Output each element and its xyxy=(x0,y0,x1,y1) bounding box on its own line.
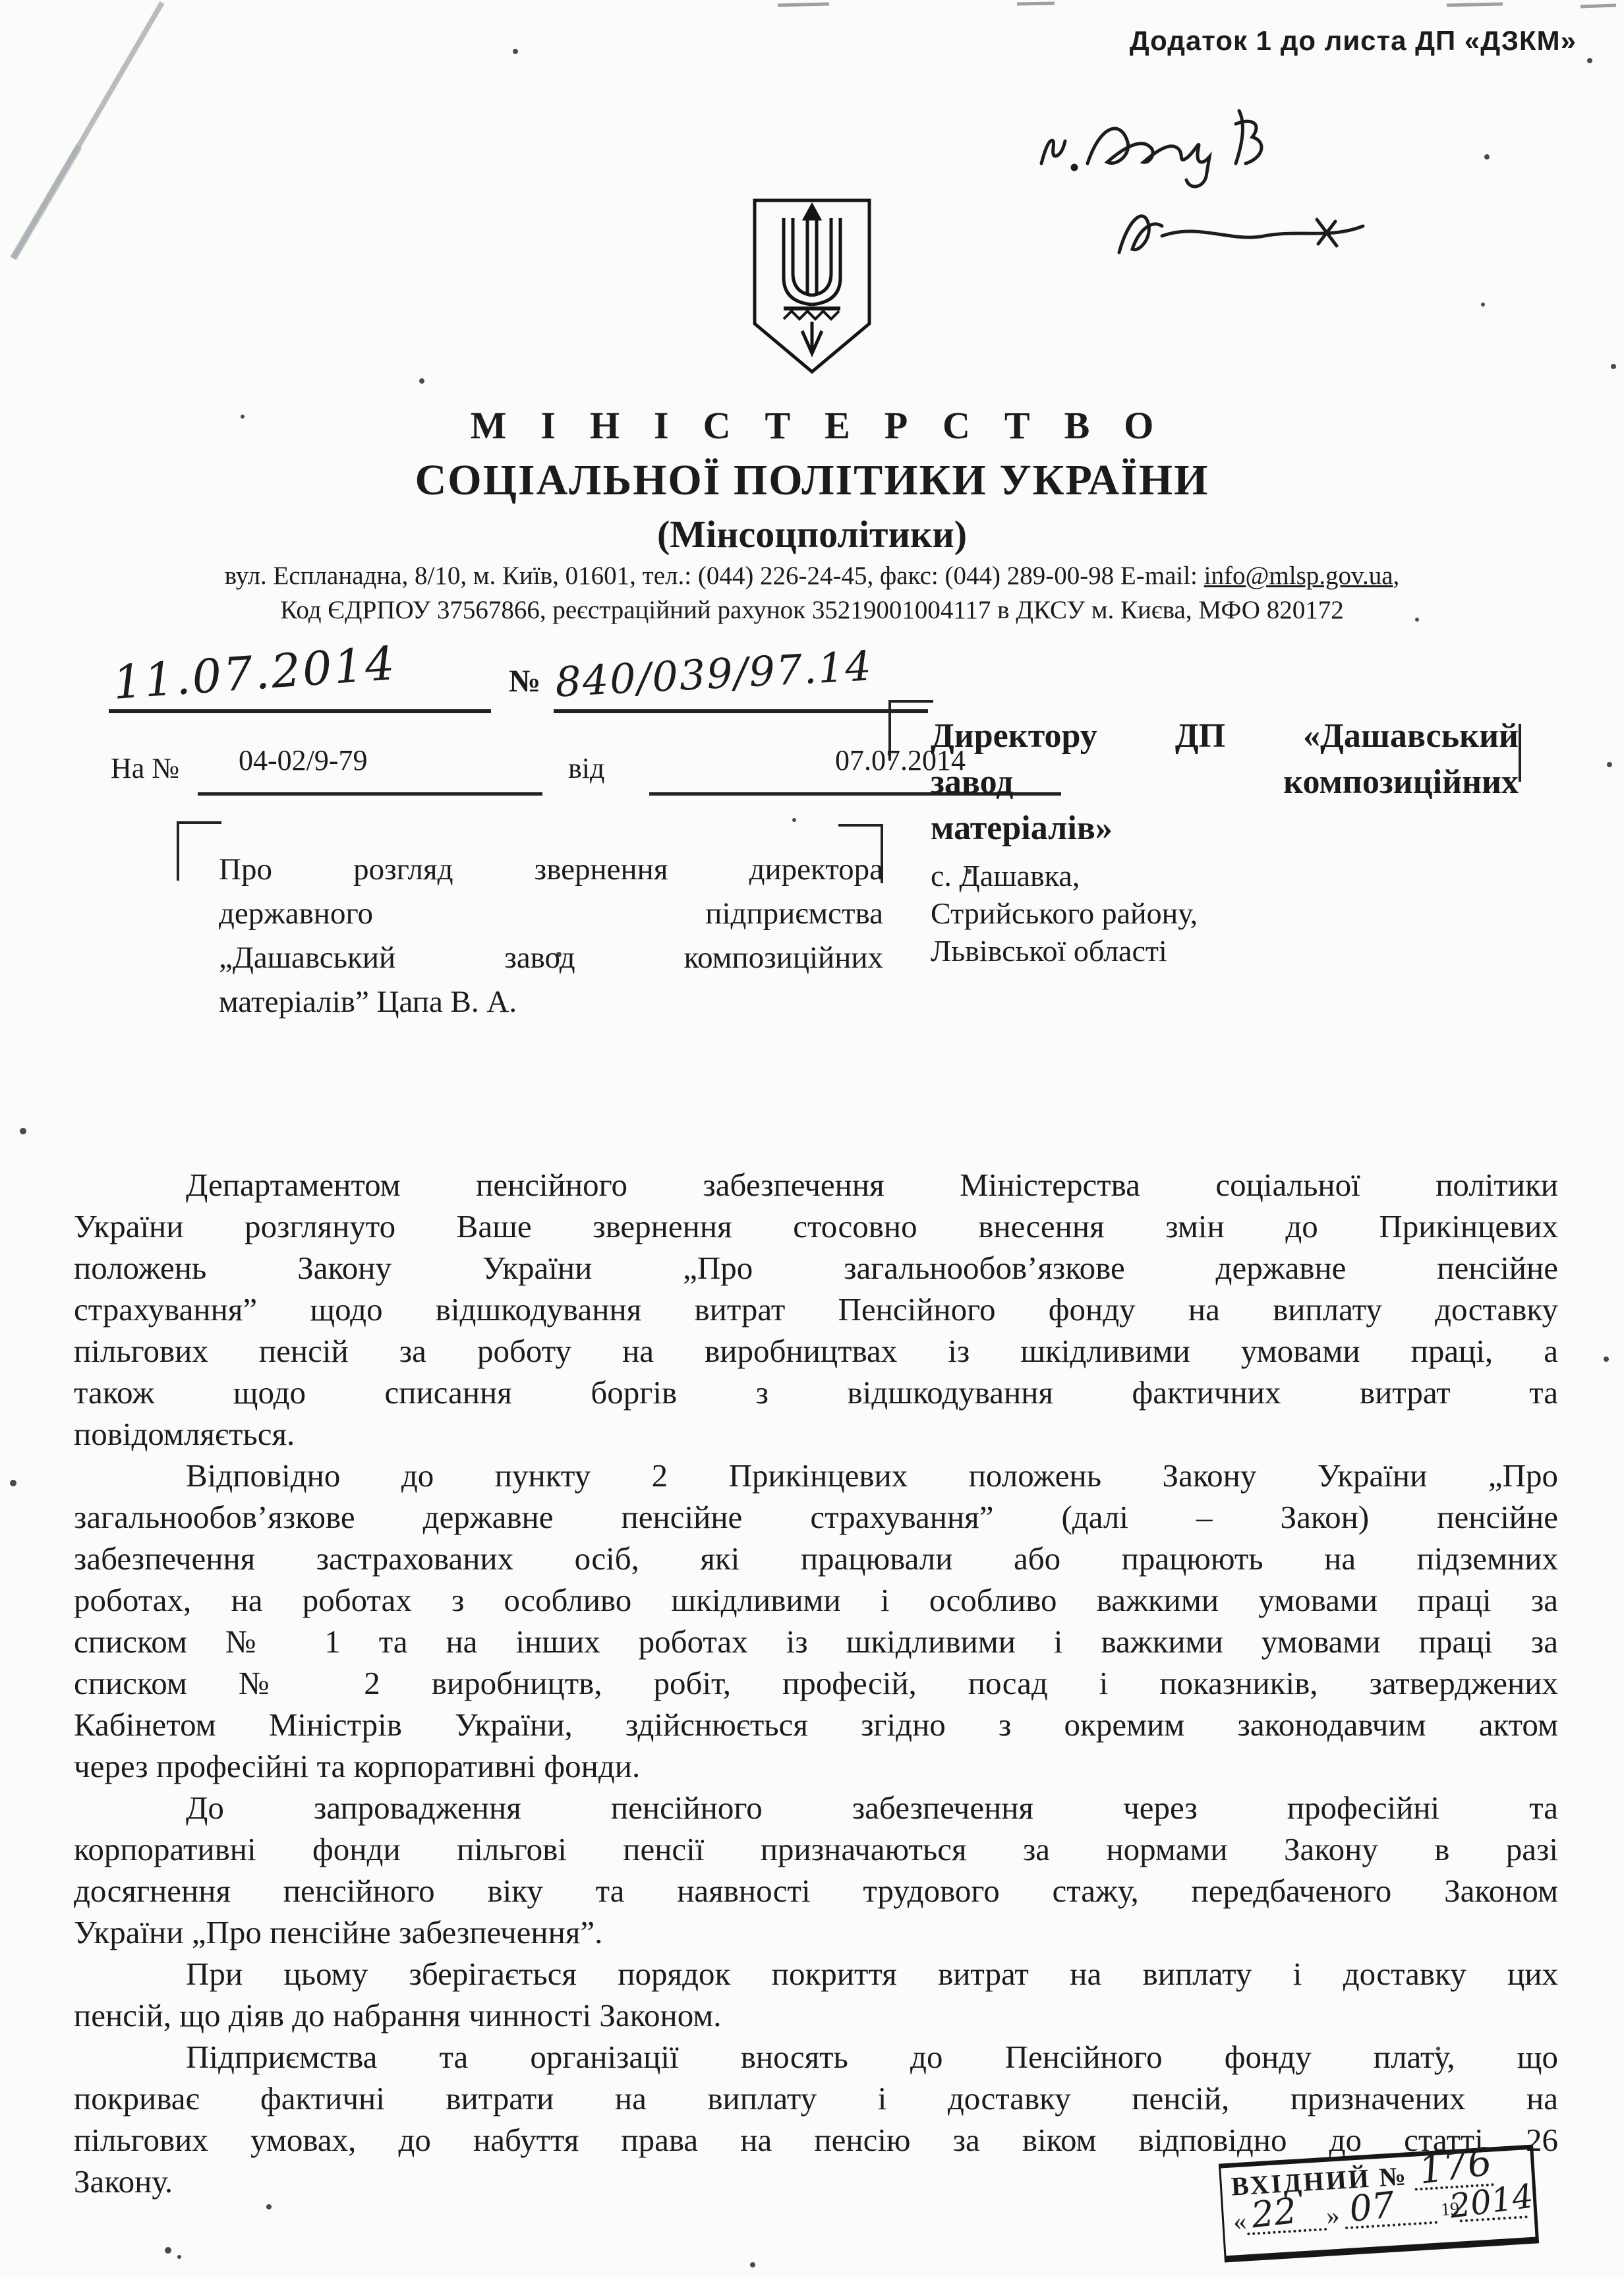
stamp-month-line: 07 xyxy=(1344,2192,1438,2229)
recipient-address-line: с. Дашавка, xyxy=(931,857,1519,894)
body-line: пільгових пенсій за роботу на виробництв… xyxy=(74,1330,1558,1372)
body-paragraph: При цьому зберігається порядок покриття … xyxy=(74,1953,1558,2036)
handwritten-outgoing-date: 11.07.2014 xyxy=(111,636,398,710)
handwritten-outgoing-number: 840/039/97.14 xyxy=(554,641,873,706)
recipient-block: Директору ДП «Дашавськийзавод композицій… xyxy=(931,713,1519,970)
incoming-ref-label: На № xyxy=(111,751,179,785)
from-label: від xyxy=(568,751,604,785)
body-line: страхування” щодо відшкодування витрат П… xyxy=(74,1289,1558,1330)
body-line: При цьому зберігається порядок покриття … xyxy=(74,1953,1558,1995)
scanned-letter-page: { "page": {"paper_color": "#fbfbf9", "in… xyxy=(0,0,1624,2278)
text-line: матеріалів” Цапа В. А. xyxy=(219,980,883,1024)
ministry-title: МІНІСТЕРСТВО xyxy=(0,403,1624,448)
recipient-address: с. Дашавка, Стрийського району, Львівськ… xyxy=(931,857,1519,970)
body-paragraph: Відповідно до пункту 2 Прикінцевих полож… xyxy=(74,1455,1558,1787)
stamp-day-line: 22 xyxy=(1246,2199,1327,2235)
body-line: списком № 1 та на інших роботах із шкідл… xyxy=(74,1621,1558,1662)
contact-line-2: Код ЄДРПОУ 37567866, реєстраційний рахун… xyxy=(0,593,1624,628)
incoming-stamp: ВХІДНИЙ № 176 « 22 » 07 19 2014 xyxy=(1219,2145,1539,2263)
recipient-address-line: Стрийського району, xyxy=(931,894,1519,932)
letterhead: МІНІСТЕРСТВО СОЦІАЛЬНОЇ ПОЛІТИКИ УКРАЇНИ… xyxy=(0,403,1624,556)
annotation-note: Додаток 1 до листа ДП «ДЗКМ» xyxy=(1130,25,1577,57)
handwritten-stamp-day: 22 xyxy=(1249,2190,1298,2236)
recipient-corner-mark-right xyxy=(1519,724,1524,782)
body-paragraph: Департаментом пенсійного забезпечення Мі… xyxy=(74,1164,1558,1455)
body-line: роботах, на роботах з особливо шкідливим… xyxy=(74,1579,1558,1621)
handwritten-flourish-icon xyxy=(1099,190,1376,269)
subject-block: Про розгляд звернення директорадержавног… xyxy=(219,848,883,1024)
body-line: пенсій, що діяв до набрання чинності Зак… xyxy=(74,1995,1558,2036)
body-line: покриває фактичні витрати на виплату і д… xyxy=(74,2078,1558,2119)
body-line: списком № 2 виробництв, робіт, професій,… xyxy=(74,1662,1558,1704)
body-line: повідомляється. xyxy=(74,1413,1558,1455)
handwritten-stamp-month: 07 xyxy=(1347,2184,1397,2230)
body-line: Департаментом пенсійного забезпечення Мі… xyxy=(74,1164,1558,1206)
body-line: Підприємства та організації вносять до П… xyxy=(74,2036,1558,2078)
incoming-number: 04-02/9-79 xyxy=(239,744,368,776)
text-line: державного підприємства xyxy=(219,892,883,936)
body-line: через професійні та корпоративні фонди. xyxy=(74,1745,1558,1787)
ministry-short-name: (Мінсоцполітики) xyxy=(0,512,1624,556)
body-line: пільгових умовах, до набуття права на пе… xyxy=(74,2119,1558,2161)
letter-body: Департаментом пенсійного забезпечення Мі… xyxy=(74,1164,1558,2202)
outgoing-date-field: 11.07.2014 xyxy=(109,643,491,713)
recipient-address-line: Львівської області xyxy=(931,932,1519,970)
recipient-corner-mark xyxy=(888,700,933,761)
body-line: також щодо списання боргів з відшкодуван… xyxy=(74,1372,1558,1413)
subject-corner-mark-left xyxy=(177,821,221,881)
body-line: Кабінетом Міністрів України, здійснюєтьс… xyxy=(74,1704,1558,1745)
body-line: України „Про пенсійне забезпечення”. xyxy=(74,1912,1558,1953)
stamp-year-line: 2014 xyxy=(1458,2186,1527,2222)
open-quote: « xyxy=(1232,2206,1248,2236)
ukraine-trident-emblem-icon xyxy=(749,195,875,378)
text-line: „Дашавський завод композиційних xyxy=(219,936,883,980)
text-line: Директору ДП «Дашавський xyxy=(931,713,1519,759)
body-line: Відповідно до пункту 2 Прикінцевих полож… xyxy=(74,1455,1558,1496)
body-line: корпоративні фонди пільгові пенсії призн… xyxy=(74,1828,1558,1870)
outgoing-number-field: 840/039/97.14 xyxy=(554,643,928,713)
text-line: Про розгляд звернення директора xyxy=(219,848,883,892)
contact-text-suffix: , xyxy=(1393,562,1400,590)
email-link: info@mlsp.gov.ua xyxy=(1204,562,1393,590)
text-line: завод композиційних xyxy=(931,759,1519,805)
body-line: досягнення пенсійного віку та наявності … xyxy=(74,1870,1558,1912)
recipient-name: Директору ДП «Дашавськийзавод композицій… xyxy=(931,713,1519,852)
text-line: матеріалів» xyxy=(931,805,1519,852)
stamp-row-date: « 22 » 07 19 2014 xyxy=(1232,2186,1528,2236)
incoming-number-field: 04-02/9-79 xyxy=(198,744,542,796)
body-line: забезпечення застрахованих осіб, які пра… xyxy=(74,1538,1558,1579)
contact-line-1: вул. Еспланадна, 8/10, м. Київ, 01601, т… xyxy=(0,559,1624,593)
handwritten-signature-icon xyxy=(1028,84,1325,190)
letterhead-contacts: вул. Еспланадна, 8/10, м. Київ, 01601, т… xyxy=(0,559,1624,628)
body-line: України розглянуто Ваше звернення стосов… xyxy=(74,1206,1558,1247)
body-paragraph: До запровадження пенсійного забезпечення… xyxy=(74,1787,1558,1953)
number-sign: № xyxy=(509,663,540,699)
contact-text: вул. Еспланадна, 8/10, м. Київ, 01601, т… xyxy=(225,562,1204,590)
close-quote: » xyxy=(1325,2201,1341,2231)
body-line: До запровадження пенсійного забезпечення… xyxy=(74,1787,1558,1828)
ministry-subtitle: СОЦІАЛЬНОЇ ПОЛІТИКИ УКРАЇНИ xyxy=(0,455,1624,506)
body-line: загальнообов’язкове державне пенсійне ст… xyxy=(74,1496,1558,1538)
body-line: положень Закону України „Про загальнообо… xyxy=(74,1247,1558,1289)
